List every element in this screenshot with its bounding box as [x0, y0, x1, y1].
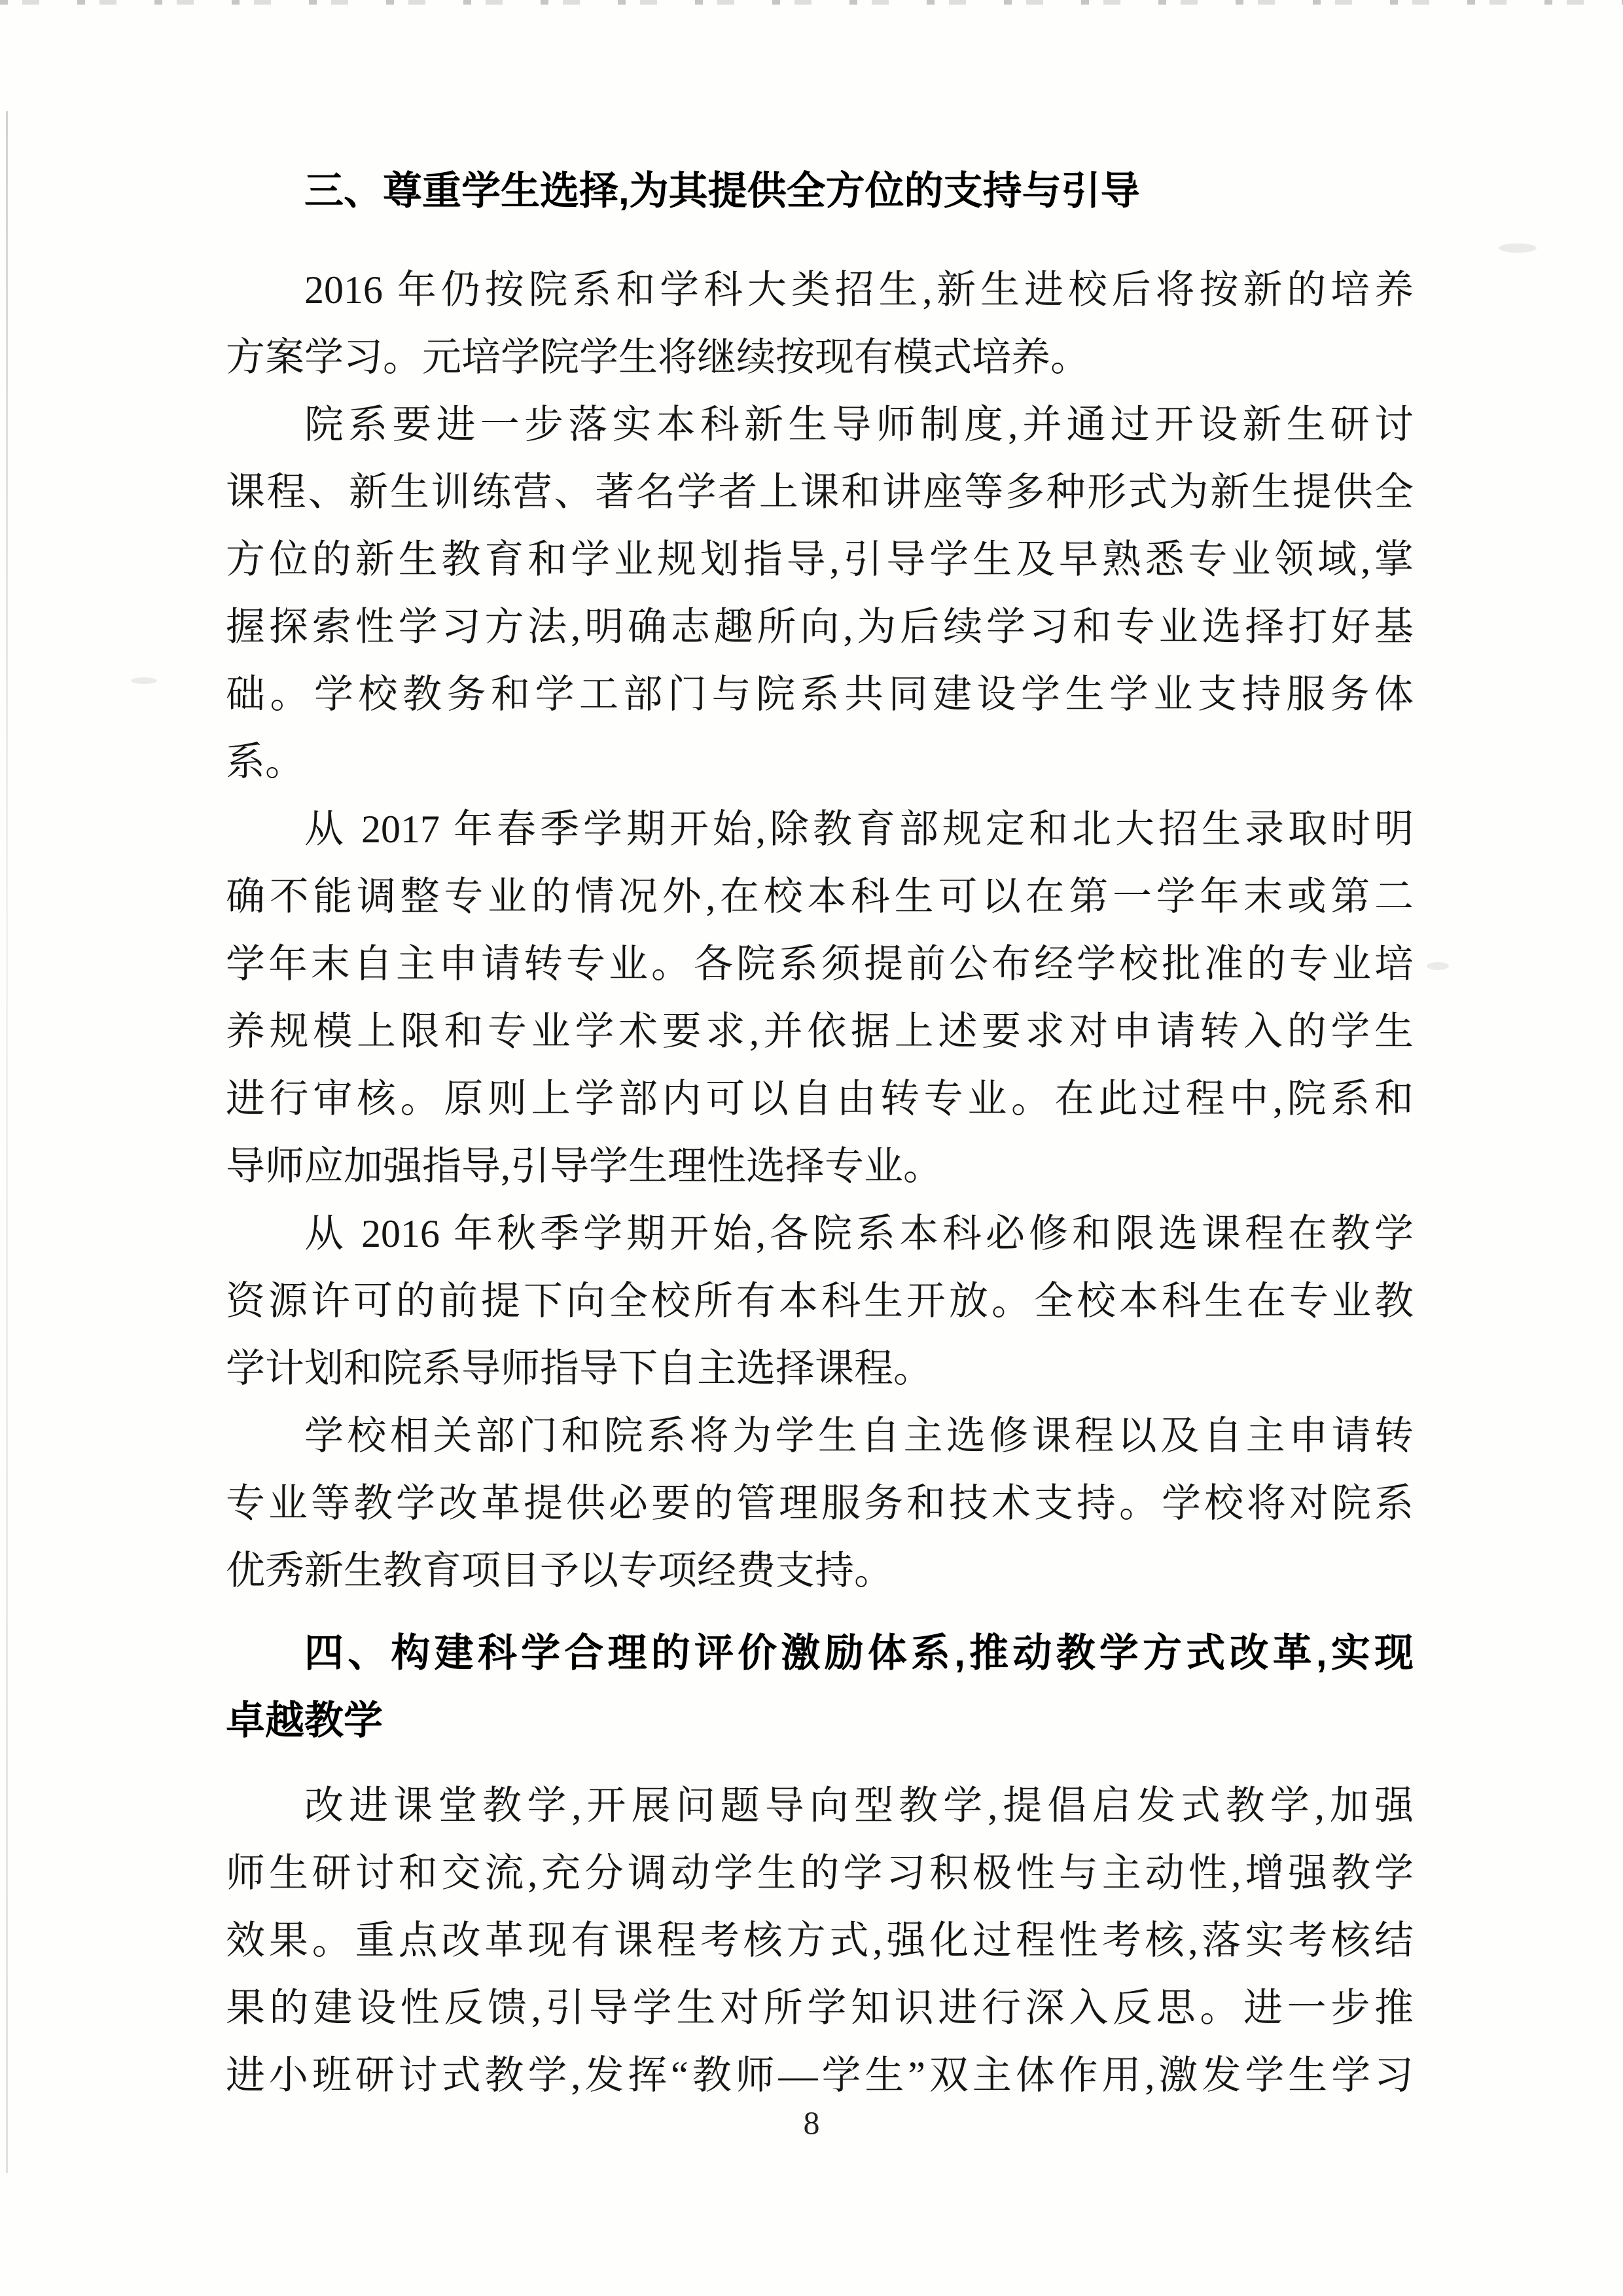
section-heading: 四、构建科学合理的评价激励体系,推动教学方式改革,实现 — [226, 1619, 1414, 1687]
text-line: 握探索性学习方法,明确志趣所向,为后续学习和专业选择打好基 — [226, 594, 1414, 661]
paragraph: 从 2017 年春季学期开始,除教育部规定和北大招生录取时明 确不能调整专业的情… — [226, 796, 1414, 1200]
text-line: 方案学习。元培学院学生将继续按现有模式培养。 — [226, 324, 1414, 391]
text-line: 改进课堂教学,开展问题导向型教学,提倡启发式教学,加强 — [226, 1772, 1414, 1840]
text-line: 学计划和院系导师指导下自主选择课程。 — [226, 1335, 1414, 1403]
paragraph: 2016 年仍按院系和学科大类招生,新生进校后将按新的培养 方案学习。元培学院学… — [226, 257, 1414, 391]
text-line: 从 2017 年春季学期开始,除教育部规定和北大招生录取时明 — [226, 796, 1414, 863]
text-line: 进行审核。原则上学部内可以自由转专业。在此过程中,院系和 — [226, 1066, 1414, 1133]
section-4-heading-block: 四、构建科学合理的评价激励体系,推动教学方式改革,实现 卓越教学 — [226, 1619, 1414, 1754]
scan-smudge — [1427, 962, 1449, 970]
scan-artifact-left-streak — [6, 111, 8, 2173]
page-number: 8 — [0, 2089, 1623, 2157]
section-heading-continued: 卓越教学 — [226, 1687, 1414, 1754]
text-line: 优秀新生教育项目予以专项经费支持。 — [226, 1537, 1414, 1605]
document-page: 三、尊重学生选择,为其提供全方位的支持与引导 2016 年仍按院系和学科大类招生… — [0, 0, 1623, 2296]
scan-smudge — [1499, 243, 1537, 253]
text-line: 确不能调整专业的情况外,在校本科生可以在第一学年末或第二 — [226, 863, 1414, 931]
text-line: 院系要进一步落实本科新生导师制度,并通过开设新生研讨 — [226, 391, 1414, 459]
paragraph: 从 2016 年秋季学期开始,各院系本科必修和限选课程在教学 资源许可的前提下向… — [226, 1200, 1414, 1403]
text-line: 资源许可的前提下向全校所有本科生开放。全校本科生在专业教 — [226, 1268, 1414, 1335]
text-line: 2016 年仍按院系和学科大类招生,新生进校后将按新的培养 — [226, 257, 1414, 324]
scan-artifact-top-edge — [0, 0, 1623, 5]
section-3-heading-block: 三、尊重学生选择,为其提供全方位的支持与引导 — [226, 157, 1414, 224]
text-line: 师生研讨和交流,充分调动学生的学习积极性与主动性,增强教学 — [226, 1840, 1414, 1907]
paragraph: 学校相关部门和院系将为学生自主选修课程以及自主申请转 专业等教学改革提供必要的管… — [226, 1403, 1414, 1605]
text-line: 学校相关部门和院系将为学生自主选修课程以及自主申请转 — [226, 1403, 1414, 1470]
text-line: 从 2016 年秋季学期开始,各院系本科必修和限选课程在教学 — [226, 1200, 1414, 1268]
section-heading: 三、尊重学生选择,为其提供全方位的支持与引导 — [226, 157, 1414, 224]
paragraph: 院系要进一步落实本科新生导师制度,并通过开设新生研讨 课程、新生训练营、著名学者… — [226, 391, 1414, 796]
text-line: 课程、新生训练营、著名学者上课和讲座等多种形式为新生提供全 — [226, 459, 1414, 526]
text-line: 效果。重点改革现有课程考核方式,强化过程性考核,落实考核结 — [226, 1907, 1414, 1975]
text-line: 础。学校教务和学工部门与院系共同建设学生学业支持服务体 — [226, 661, 1414, 728]
text-line: 学年末自主申请转专业。各院系须提前公布经学校批准的专业培 — [226, 931, 1414, 998]
paragraph: 改进课堂教学,开展问题导向型教学,提倡启发式教学,加强 师生研讨和交流,充分调动… — [226, 1772, 1414, 2109]
text-line: 方位的新生教育和学业规划指导,引导学生及早熟悉专业领域,掌 — [226, 526, 1414, 594]
text-line: 系。 — [226, 728, 1414, 796]
text-line: 果的建设性反馈,引导学生对所学知识进行深入反思。进一步推 — [226, 1975, 1414, 2042]
text-line: 导师应加强指导,引导学生理性选择专业。 — [226, 1133, 1414, 1200]
scan-smudge — [131, 677, 157, 684]
document-body: 三、尊重学生选择,为其提供全方位的支持与引导 2016 年仍按院系和学科大类招生… — [226, 157, 1414, 2109]
text-line: 专业等教学改革提供必要的管理服务和技术支持。学校将对院系 — [226, 1470, 1414, 1537]
text-line: 养规模上限和专业学术要求,并依据上述要求对申请转入的学生 — [226, 998, 1414, 1066]
